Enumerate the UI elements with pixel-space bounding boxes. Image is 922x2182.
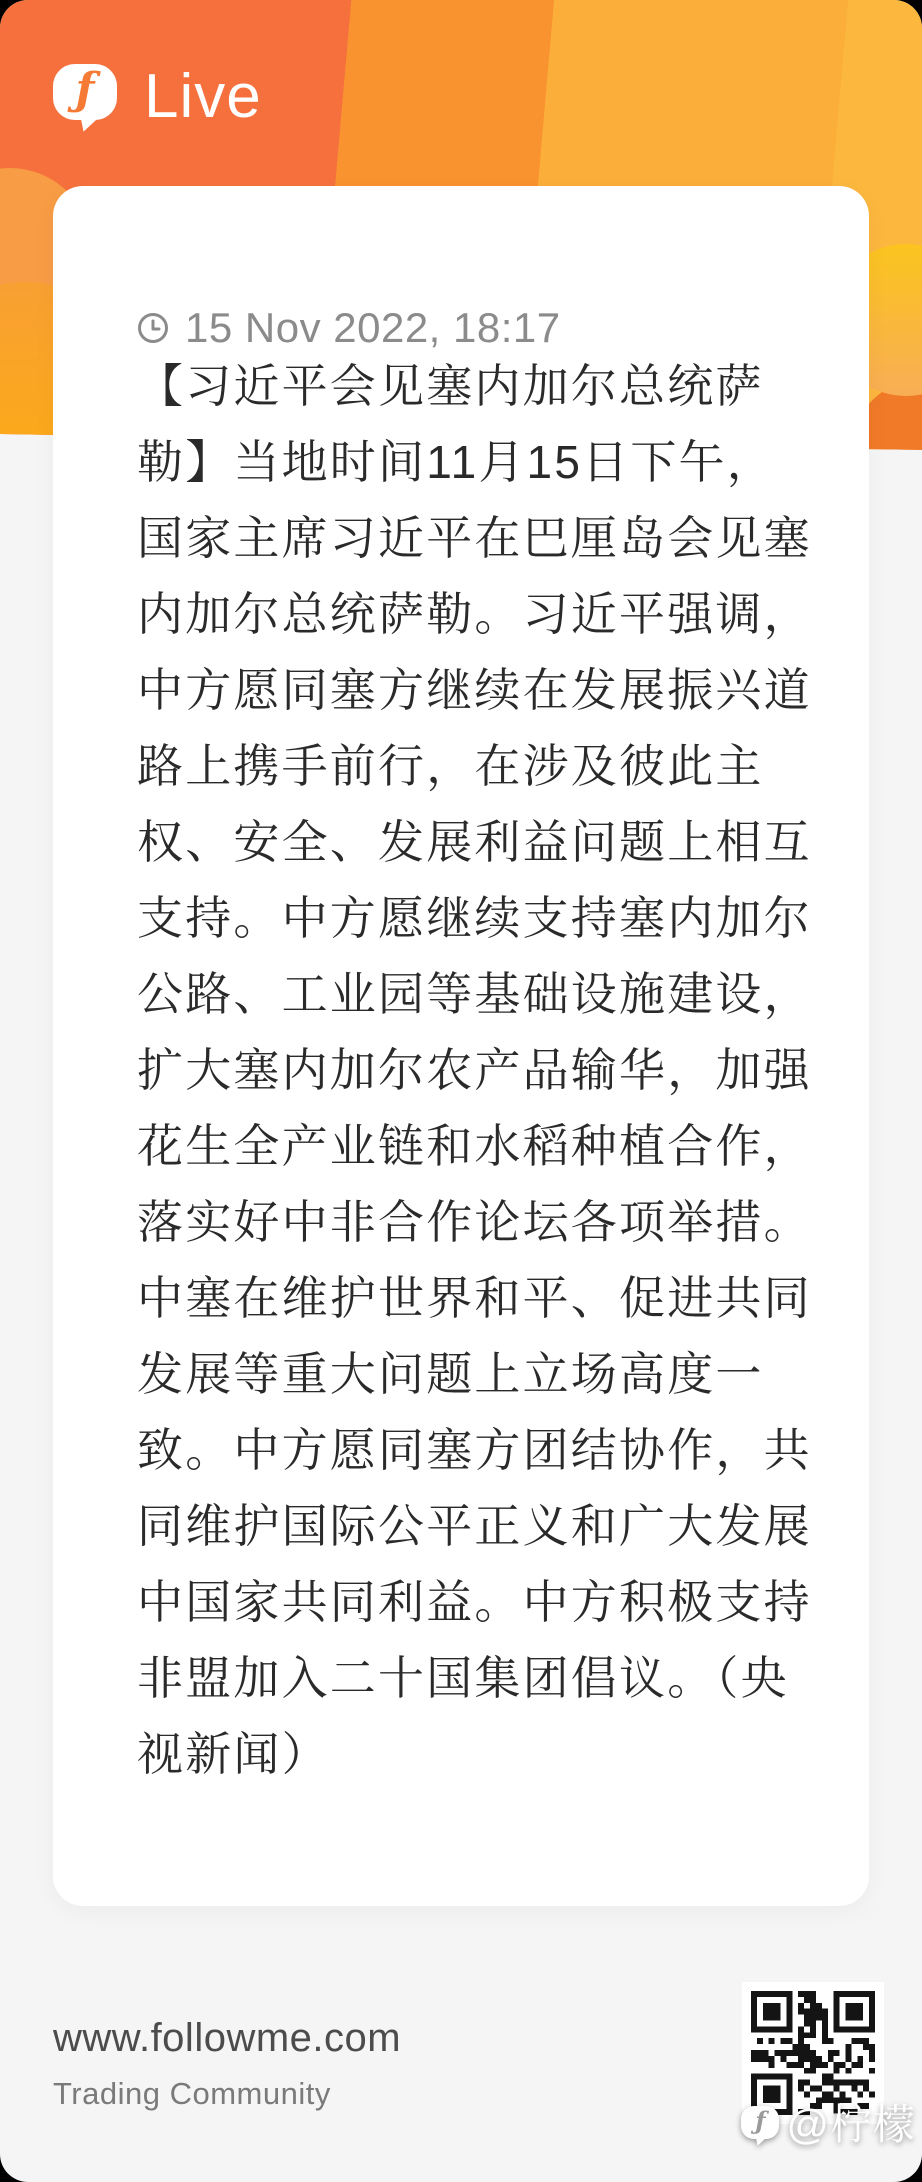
website-url: www.followme.com <box>53 2016 401 2061</box>
clock-icon <box>137 312 169 344</box>
news-line: 国家主席习近平在巴厘岛会见塞 <box>137 500 813 576</box>
news-line: 花生全产业链和水稻种植合作， <box>137 1108 813 1184</box>
share-card-screen: ƒ Live 15 Nov 2022, 18:17 【习近平会见塞内加尔总统萨勒… <box>0 0 922 2182</box>
timestamp-row: 15 Nov 2022, 18:17 <box>137 304 561 352</box>
news-line: 扩大塞内加尔农产品输华，加强 <box>137 1032 813 1108</box>
news-line: 【习近平会见塞内加尔总统萨 <box>137 348 813 424</box>
news-line: 路上携手前行，在涉及彼此主 <box>137 728 813 804</box>
news-line: 勒】当地时间11月15日下午， <box>137 424 813 500</box>
news-line: 公路、工业园等基础设施建设， <box>137 956 813 1032</box>
news-line: 致。中方愿同塞方团结协作，共 <box>137 1412 813 1488</box>
news-line: 视新闻） <box>137 1716 813 1792</box>
watermark-logo-letter: ƒ <box>755 2109 765 2133</box>
news-line: 中方愿同塞方继续在发展振兴道 <box>137 652 813 728</box>
brand-title: Live <box>144 66 262 128</box>
news-line: 支持。中方愿继续支持塞内加尔 <box>137 880 813 956</box>
news-line: 同维护国际公平正义和广大发展 <box>137 1488 813 1564</box>
followme-logo-icon: ƒ <box>53 64 117 120</box>
news-line: 权、安全、发展利益问题上相互 <box>137 804 813 880</box>
news-line: 非盟加入二十国集团倡议。（央 <box>137 1640 813 1716</box>
watermark-followme-logo-icon: ƒ <box>741 2106 779 2139</box>
news-line: 发展等重大问题上立场高度一 <box>137 1336 813 1412</box>
timestamp: 15 Nov 2022, 18:17 <box>185 304 561 352</box>
watermark: ƒ @柠檬 <box>741 2092 916 2152</box>
news-card: 15 Nov 2022, 18:17 【习近平会见塞内加尔总统萨勒】当地时间11… <box>53 186 869 1906</box>
news-line: 中塞在维护世界和平、促进共同 <box>137 1260 813 1336</box>
news-line: 中国家共同利益。中方积极支持 <box>137 1564 813 1640</box>
watermark-text: @柠檬 <box>786 2092 916 2152</box>
news-line: 落实好中非合作论坛各项举措。 <box>137 1184 813 1260</box>
news-line: 内加尔总统萨勒。习近平强调， <box>137 576 813 652</box>
tagline: Trading Community <box>53 2076 331 2112</box>
brand: ƒ Live <box>53 64 262 128</box>
news-body: 【习近平会见塞内加尔总统萨勒】当地时间11月15日下午，国家主席习近平在巴厘岛会… <box>137 348 813 1792</box>
logo-f-letter: ƒ <box>76 68 95 112</box>
